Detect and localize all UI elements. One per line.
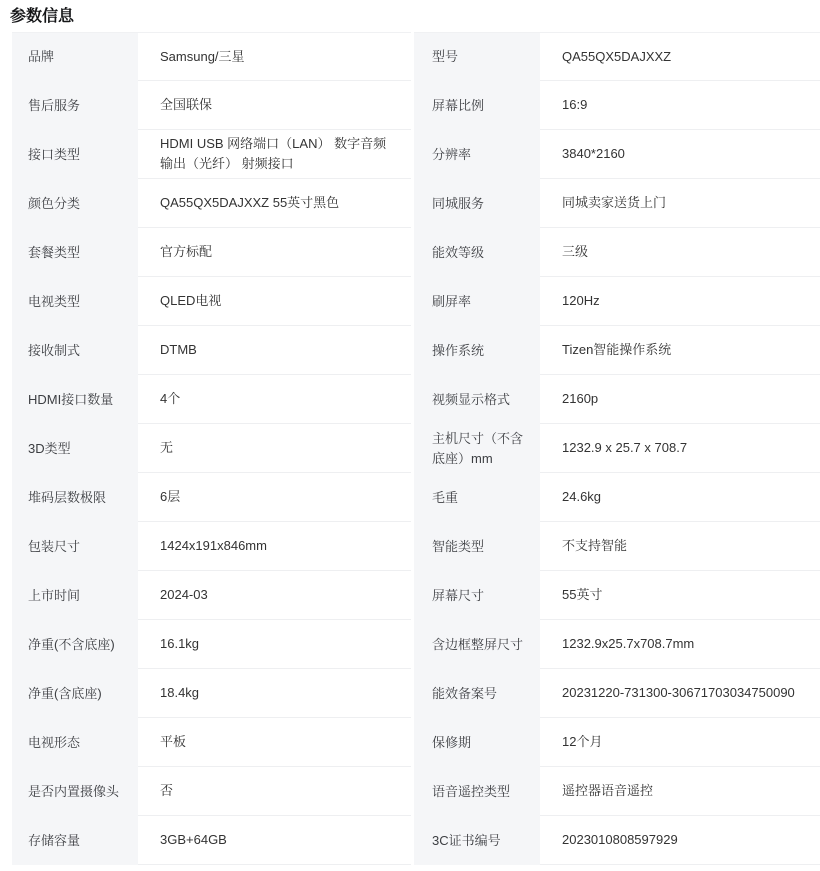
- spec-value-cell: 3GB+64GB: [138, 816, 411, 865]
- spec-label-cell: 同城服务: [414, 179, 540, 228]
- spec-value-cell: 全国联保: [138, 81, 411, 130]
- spec-label-cell: 视频显示格式: [414, 375, 540, 424]
- table-row: 电视形态平板保修期12个月: [12, 718, 820, 767]
- spec-value-cell: QLED电视: [138, 277, 411, 326]
- table-row: 净重(含底座)18.4kg能效备案号20231220-731300-306717…: [12, 669, 820, 718]
- spec-label-cell: 接口类型: [12, 130, 138, 179]
- spec-value-cell: 3840*2160: [540, 130, 820, 179]
- product-parameter-section: 参数信息 品牌Samsung/三星型号QA55QX5DAJXXZ售后服务全国联保…: [0, 0, 820, 865]
- spec-label-cell: 操作系统: [414, 326, 540, 375]
- spec-value-cell: 2023010808597929: [540, 816, 820, 865]
- table-row: HDMI接口数量4个视频显示格式2160p: [12, 375, 820, 424]
- table-row: 存储容量3GB+64GB3C证书编号2023010808597929: [12, 816, 820, 865]
- spec-label-cell: 3C证书编号: [414, 816, 540, 865]
- spec-label-cell: 是否内置摄像头: [12, 767, 138, 816]
- spec-value-cell: 1232.9x25.7x708.7mm: [540, 620, 820, 669]
- spec-value-cell: 24.6kg: [540, 473, 820, 522]
- spec-value-cell: 120Hz: [540, 277, 820, 326]
- spec-label-cell: 接收制式: [12, 326, 138, 375]
- table-row: 接收制式DTMB操作系统Tizen智能操作系统: [12, 326, 820, 375]
- spec-label-cell: 电视形态: [12, 718, 138, 767]
- spec-label-cell: 包装尺寸: [12, 522, 138, 571]
- spec-label-cell: 含边框整屏尺寸: [414, 620, 540, 669]
- table-row: 包装尺寸1424x191x846mm智能类型不支持智能: [12, 522, 820, 571]
- spec-value-cell: 4个: [138, 375, 411, 424]
- table-row: 3D类型无主机尺寸（不含底座）mm1232.9 x 25.7 x 708.7: [12, 424, 820, 473]
- spec-value-cell: 无: [138, 424, 411, 473]
- spec-label-cell: 上市时间: [12, 571, 138, 620]
- spec-label-cell: 颜色分类: [12, 179, 138, 228]
- spec-value-cell: 18.4kg: [138, 669, 411, 718]
- spec-value-cell: 16.1kg: [138, 620, 411, 669]
- spec-value-cell: 1232.9 x 25.7 x 708.7: [540, 424, 820, 473]
- spec-value-cell: 6层: [138, 473, 411, 522]
- spec-value-cell: 同城卖家送货上门: [540, 179, 820, 228]
- spec-value-cell: QA55QX5DAJXXZ 55英寸黑色: [138, 179, 411, 228]
- spec-value-cell: 平板: [138, 718, 411, 767]
- spec-label-cell: 刷屏率: [414, 277, 540, 326]
- spec-value-cell: 否: [138, 767, 411, 816]
- spec-label-cell: 毛重: [414, 473, 540, 522]
- spec-value-cell: HDMI USB 网络端口（LAN） 数字音频输出（光纤） 射频接口: [138, 130, 411, 179]
- spec-label-cell: 能效备案号: [414, 669, 540, 718]
- spec-label-cell: 分辨率: [414, 130, 540, 179]
- spec-label-cell: 净重(不含底座): [12, 620, 138, 669]
- spec-value-cell: DTMB: [138, 326, 411, 375]
- spec-label-cell: 能效等级: [414, 228, 540, 277]
- spec-label-cell: 售后服务: [12, 81, 138, 130]
- table-row: 套餐类型官方标配能效等级三级: [12, 228, 820, 277]
- spec-label-cell: 品牌: [12, 32, 138, 81]
- spec-label-cell: HDMI接口数量: [12, 375, 138, 424]
- spec-value-cell: 12个月: [540, 718, 820, 767]
- table-row: 颜色分类QA55QX5DAJXXZ 55英寸黑色同城服务同城卖家送货上门: [12, 179, 820, 228]
- spec-label-cell: 堆码层数极限: [12, 473, 138, 522]
- table-row: 售后服务全国联保屏幕比例16:9: [12, 81, 820, 130]
- spec-value-cell: 不支持智能: [540, 522, 820, 571]
- spec-label-cell: 智能类型: [414, 522, 540, 571]
- spec-value-cell: 20231220-731300-30671703034750090: [540, 669, 820, 718]
- spec-label-cell: 保修期: [414, 718, 540, 767]
- table-row: 品牌Samsung/三星型号QA55QX5DAJXXZ: [12, 32, 820, 81]
- spec-value-cell: 官方标配: [138, 228, 411, 277]
- spec-label-cell: 套餐类型: [12, 228, 138, 277]
- spec-value-cell: Tizen智能操作系统: [540, 326, 820, 375]
- spec-label-cell: 屏幕比例: [414, 81, 540, 130]
- page-title: 参数信息: [10, 7, 820, 27]
- spec-value-cell: 55英寸: [540, 571, 820, 620]
- table-row: 是否内置摄像头否语音遥控类型遥控器语音遥控: [12, 767, 820, 816]
- table-row: 接口类型HDMI USB 网络端口（LAN） 数字音频输出（光纤） 射频接口分辨…: [12, 130, 820, 179]
- spec-value-cell: QA55QX5DAJXXZ: [540, 32, 820, 81]
- spec-table: 品牌Samsung/三星型号QA55QX5DAJXXZ售后服务全国联保屏幕比例1…: [12, 32, 820, 865]
- spec-label-cell: 语音遥控类型: [414, 767, 540, 816]
- spec-value-cell: 16:9: [540, 81, 820, 130]
- spec-label-cell: 3D类型: [12, 424, 138, 473]
- spec-value-cell: 2024-03: [138, 571, 411, 620]
- spec-label-cell: 型号: [414, 32, 540, 81]
- spec-value-cell: 2160p: [540, 375, 820, 424]
- table-row: 净重(不含底座)16.1kg含边框整屏尺寸1232.9x25.7x708.7mm: [12, 620, 820, 669]
- spec-value-cell: Samsung/三星: [138, 32, 411, 81]
- spec-label-cell: 主机尺寸（不含底座）mm: [414, 424, 540, 473]
- spec-label-cell: 电视类型: [12, 277, 138, 326]
- spec-label-cell: 屏幕尺寸: [414, 571, 540, 620]
- spec-label-cell: 存储容量: [12, 816, 138, 865]
- spec-label-cell: 净重(含底座): [12, 669, 138, 718]
- table-row: 上市时间2024-03屏幕尺寸55英寸: [12, 571, 820, 620]
- spec-value-cell: 1424x191x846mm: [138, 522, 411, 571]
- table-row: 电视类型QLED电视刷屏率120Hz: [12, 277, 820, 326]
- spec-value-cell: 遥控器语音遥控: [540, 767, 820, 816]
- spec-value-cell: 三级: [540, 228, 820, 277]
- table-row: 堆码层数极限6层毛重24.6kg: [12, 473, 820, 522]
